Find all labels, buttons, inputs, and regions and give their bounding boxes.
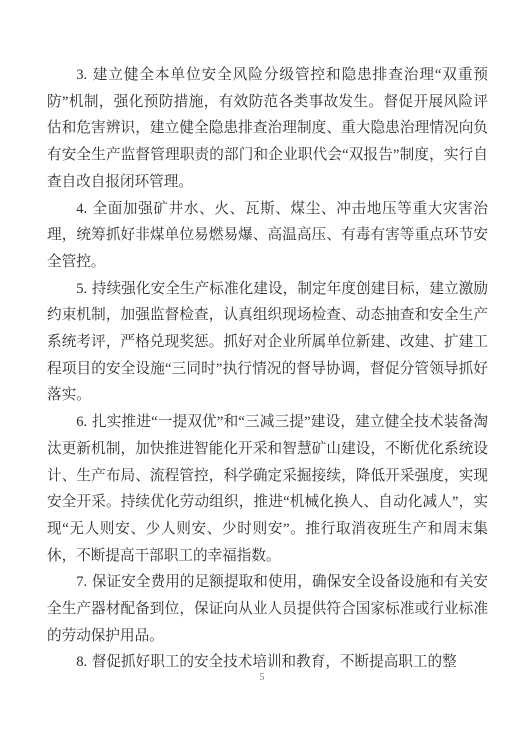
paragraph-8-number: 8.	[76, 654, 87, 670]
paragraph-5-number: 5.	[76, 281, 87, 297]
paragraph-4-number: 4.	[76, 201, 87, 217]
paragraph-7: 7.保证安全费用的足额提取和使用，确保安全设备设施和有关安全生产器材配备到位，保…	[47, 569, 488, 649]
paragraph-5-text: 持续强化安全生产标准化建设，制定年度创建目标，建立激励约束机制，加强监督检查，认…	[47, 281, 488, 404]
document-body: 3.建立健全本单位安全风险分级管控和隐患排查治理“双重预防”机制，强化预防措施，…	[47, 62, 488, 676]
paragraph-3: 3.建立健全本单位安全风险分级管控和隐患排查治理“双重预防”机制，强化预防措施，…	[47, 62, 488, 196]
paragraph-3-text: 建立健全本单位安全风险分级管控和隐患排查治理“双重预防”机制，强化预防措施，有效…	[47, 67, 488, 190]
paragraph-6-number: 6.	[76, 414, 87, 430]
paragraph-8-text: 督促抓好职工的安全技术培训和教育，不断提高职工的整	[92, 654, 457, 670]
paragraph-6: 6.扎实推进“一提双优”和“三减三提”建设，建立健全技术装备淘汰更新机制，加快推…	[47, 409, 488, 569]
paragraph-7-number: 7.	[76, 574, 87, 590]
paragraph-5: 5.持续强化安全生产标准化建设，制定年度创建目标，建立激励约束机制，加强监督检查…	[47, 276, 488, 410]
paragraph-4: 4.全面加强矿井水、火、瓦斯、煤尘、冲击地压等重大灾害治理，统筹抓好非煤单位易燃…	[47, 196, 488, 276]
paragraph-7-text: 保证安全费用的足额提取和使用，确保安全设备设施和有关安全生产器材配备到位，保证向…	[47, 574, 488, 643]
paragraph-3-number: 3.	[76, 67, 87, 83]
paragraph-4-text: 全面加强矿井水、火、瓦斯、煤尘、冲击地压等重大灾害治理，统筹抓好非煤单位易燃易爆…	[47, 201, 488, 270]
document-page: 3.建立健全本单位安全风险分级管控和隐患排查治理“双重预防”机制，强化预防措施，…	[0, 0, 524, 744]
page-number: 5	[0, 671, 524, 685]
paragraph-6-text: 扎实推进“一提双优”和“三减三提”建设，建立健全技术装备淘汰更新机制，加快推进智…	[47, 414, 488, 564]
